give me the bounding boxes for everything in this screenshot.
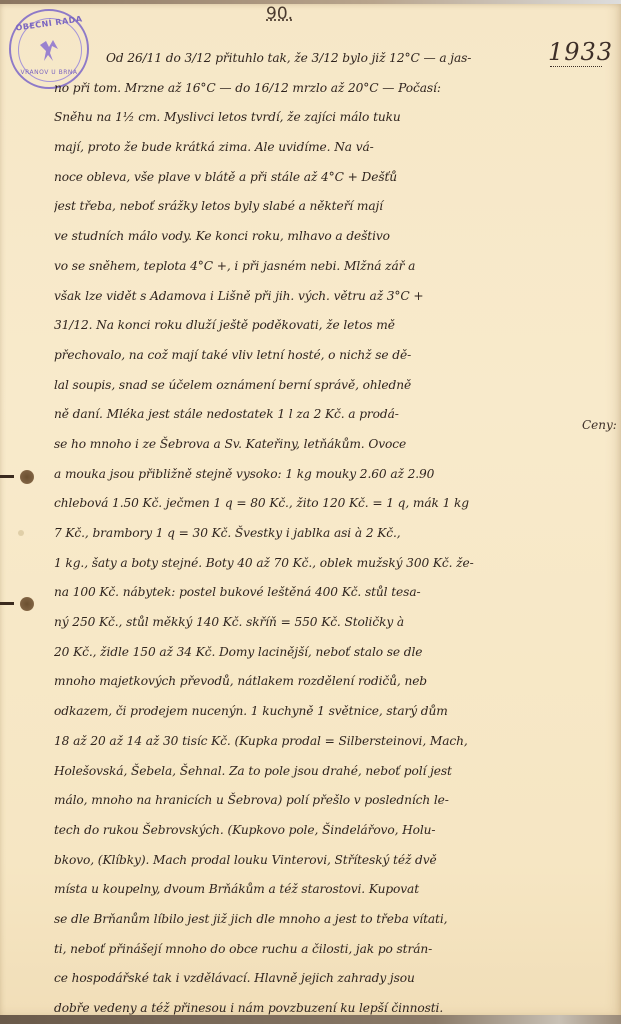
text-line: vo se sněhem, teplota 4°C +, i při jasné…: [54, 252, 574, 282]
text-line: 20 Kč., židle 150 až 34 Kč. Domy laciněj…: [54, 638, 574, 668]
text-line: málo, mnoho na hranicích u Šebrova) polí…: [54, 786, 574, 816]
text-line: ve studních málo vody. Ke konci roku, ml…: [54, 222, 574, 252]
text-line: přechovalo, na což mají také vliv letní …: [54, 341, 574, 371]
text-line: mají, proto že bude krátká zima. Ale uvi…: [54, 133, 574, 163]
punch-hole: [20, 597, 34, 611]
text-line: a mouka jsou přibližně stejně vysoko: 1 …: [54, 460, 574, 490]
text-line: noce obleva, vše plave v blátě a při stá…: [54, 163, 574, 193]
text-line: však lze vidět s Adamova i Lišně při jih…: [54, 282, 574, 312]
text-line: Sněhu na 1½ cm. Myslivci letos tvrdí, že…: [54, 103, 574, 133]
text-line: bkovo, (Klíbky). Mach prodal louku Vinte…: [54, 846, 574, 876]
page-number: 90.: [266, 4, 293, 24]
text-line: chlebová 1.50 Kč. ječmen 1 q = 80 Kč., ž…: [54, 489, 574, 519]
text-line: Od 26/11 do 3/12 přituhlo tak, že 3/12 b…: [54, 44, 574, 74]
page-bottom-edge: [0, 1015, 621, 1024]
text-line: ný 250 Kč., stůl měkký 140 Kč. skříň = 5…: [54, 608, 574, 638]
text-line: 31/12. Na konci roku dluží ještě poděkov…: [54, 311, 574, 341]
text-line: se ho mnoho i ze Šebrova a Sv. Kateřiny,…: [54, 430, 574, 460]
text-line: ně daní. Mléka jest stále nedostatek 1 l…: [54, 400, 574, 430]
binding-string: [0, 475, 14, 478]
text-line: ce hospodářské tak i vzdělávací. Hlavně …: [54, 964, 574, 994]
margin-note: Ceny:: [582, 418, 617, 432]
text-line: mnoho majetkových převodů, nátlakem rozd…: [54, 667, 574, 697]
text-line: ti, neboť přinášejí mnoho do obce ruchu …: [54, 935, 574, 965]
text-line: odkazem, či prodejem nucenýn. 1 kuchyně …: [54, 697, 574, 727]
paper-spot: [18, 530, 24, 536]
text-line: na 100 Kč. nábytek: postel bukové leštěn…: [54, 578, 574, 608]
text-line: jest třeba, neboť srážky letos byly slab…: [54, 192, 574, 222]
text-line: 18 až 20 až 14 až 30 tisíc Kč. (Kupka pr…: [54, 727, 574, 757]
binding-string: [0, 602, 14, 605]
handwritten-text-body: Od 26/11 do 3/12 přituhlo tak, že 3/12 b…: [54, 44, 574, 1024]
text-line: místa u koupelny, dvoum Brňákům a též st…: [54, 875, 574, 905]
text-line: Holešovská, Šebela, Šehnal. Za to pole j…: [54, 757, 574, 787]
text-line: se dle Brňanům líbilo jest již jich dle …: [54, 905, 574, 935]
chronicle-page: OBECNÍ RADA VRANOV U BRNA 90. 1933 Od 26…: [0, 0, 621, 1015]
punch-hole: [20, 470, 34, 484]
page-top-edge: [0, 0, 621, 4]
text-line: no při tom. Mrzne až 16°C — do 16/12 mrz…: [54, 74, 574, 104]
text-line: 7 Kč., brambory 1 q = 30 Kč. Švestky i j…: [54, 519, 574, 549]
text-line: 1 kg., šaty a boty stejné. Boty 40 až 70…: [54, 549, 574, 579]
text-line: tech do rukou Šebrovských. (Kupkovo pole…: [54, 816, 574, 846]
text-line: lal soupis, snad se účelem oznámení bern…: [54, 371, 574, 401]
